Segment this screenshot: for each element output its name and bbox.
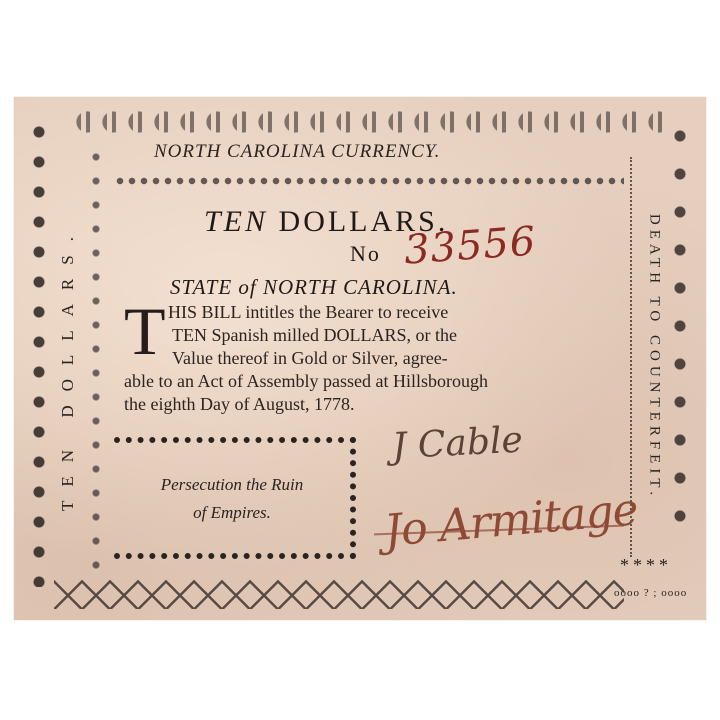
bill-body-text: HIS BILL intitles the Bearer to receive … — [110, 301, 620, 416]
motto-box: Persecution the Ruin of Empires. — [114, 437, 356, 559]
denomination-ten: TEN — [204, 205, 268, 238]
star-ornaments: **** — [620, 555, 672, 576]
left-side-text: TEN DOLLARS. — [58, 357, 78, 377]
right-side-text: DEATH TO COUNTERFEIT. — [644, 347, 664, 367]
left-side-label: TEN DOLLARS. — [58, 223, 78, 511]
body-line: the eighth Day of August, 1778. — [110, 393, 620, 416]
bottom-lattice-border — [54, 579, 624, 609]
top-ornament-border — [74, 109, 674, 135]
right-side-label: DEATH TO COUNTERFEIT. — [646, 214, 663, 500]
body-line: able to an Act of Assembly passed at Hil… — [110, 370, 620, 393]
motto-line-1: Persecution the Ruin — [114, 475, 350, 495]
header-ornament-rule — [114, 176, 624, 186]
body-line: Value thereof in Gold or Silver, agree- — [110, 347, 620, 370]
serial-label: No — [350, 241, 381, 267]
body-line: HIS BILL intitles the Bearer to receive — [110, 301, 620, 324]
signature-1: J Cable — [391, 420, 524, 468]
right-ornament-border — [668, 117, 692, 547]
currency-note: NORTH CAROLINA CURRENCY. TEN DOLLARS. No… — [14, 97, 706, 620]
note-heading: NORTH CAROLINA CURRENCY. — [154, 141, 440, 163]
body-line: TEN Spanish milled DOLLARS, or the — [110, 324, 620, 347]
signature-2: Jo Armitage — [382, 484, 639, 557]
state-line: STATE of NORTH CAROLINA. — [170, 275, 458, 300]
printer-mark: oooo ? ; oooo — [614, 587, 687, 599]
left-ornament-border — [28, 117, 50, 587]
serial-number: 33556 — [403, 218, 538, 273]
motto-line-2: of Empires. — [114, 503, 350, 523]
left-inner-ornament-border — [86, 145, 106, 575]
